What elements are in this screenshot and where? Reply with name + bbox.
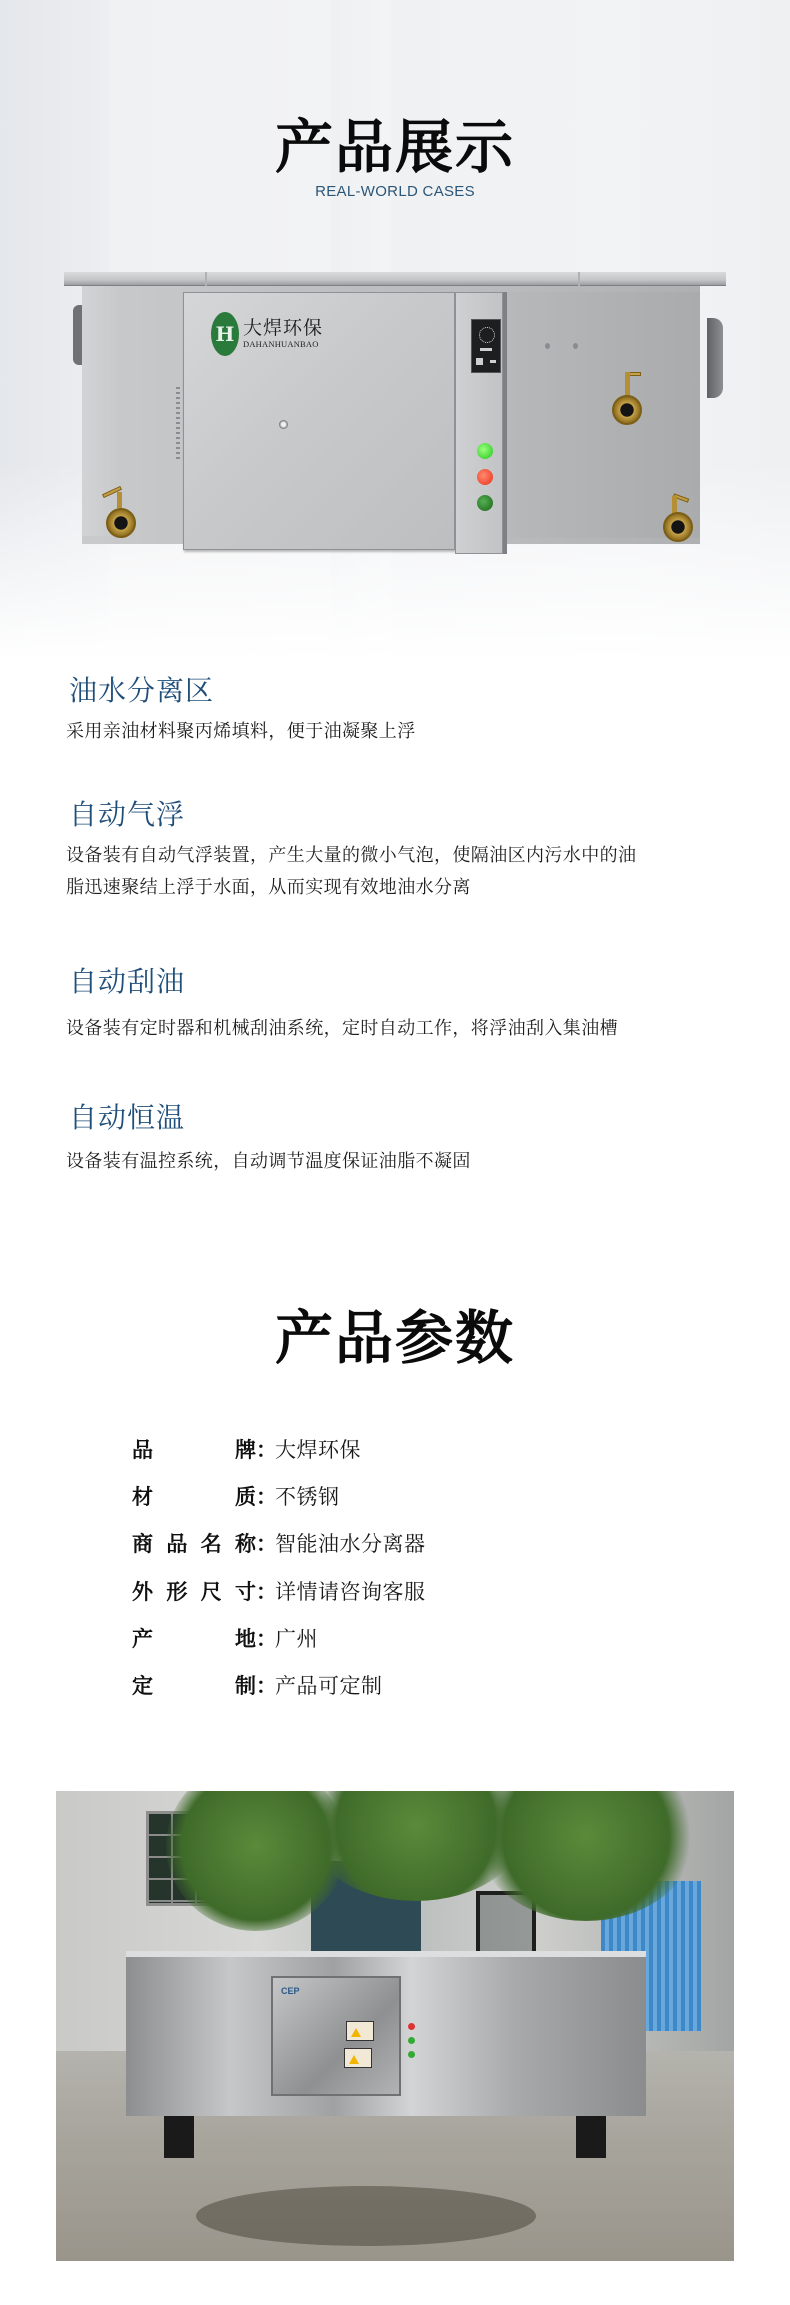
feature-title-auto-flotation: 自动气浮 bbox=[69, 793, 185, 833]
param-label-char: 名 bbox=[201, 1528, 222, 1558]
feature-title-oil-water-zone: 油水分离区 bbox=[69, 669, 214, 709]
param-row-material: 材 质 ： 不锈钢 bbox=[132, 1481, 340, 1511]
brand-logo: H 大焊环保 DAHANHUANBAO bbox=[211, 312, 323, 356]
valve-stem bbox=[117, 492, 122, 508]
param-label-char: 品 bbox=[166, 1528, 187, 1558]
feature-title-constant-temp: 自动恒温 bbox=[69, 1096, 185, 1136]
photo-button-green-icon bbox=[408, 2037, 415, 2044]
param-row-dimensions: 外 形 尺 寸 ： 详情请咨询客服 bbox=[132, 1576, 426, 1606]
param-label: 商 品 名 称 bbox=[132, 1528, 256, 1558]
panel-edge bbox=[503, 292, 507, 554]
tank-lid bbox=[64, 272, 726, 286]
warning-label-icon bbox=[346, 2021, 374, 2041]
valve-right-upper-icon bbox=[612, 395, 642, 425]
param-label-char: 质 bbox=[235, 1481, 256, 1511]
param-colon: ： bbox=[256, 1623, 272, 1653]
param-label: 材 质 bbox=[132, 1481, 256, 1511]
param-row-origin: 产 地 ： 广州 bbox=[132, 1623, 318, 1653]
door-lock-icon bbox=[279, 420, 288, 429]
indicator-light-green-icon bbox=[477, 443, 493, 459]
feature-desc-constant-temp: 设备装有温控系统，自动调节温度保证油脂不凝固 bbox=[66, 1146, 471, 1178]
param-value-origin: 广州 bbox=[275, 1623, 318, 1653]
outlet-pipe-right bbox=[707, 318, 723, 398]
vent-grille bbox=[176, 387, 180, 459]
param-label-char: 形 bbox=[166, 1576, 187, 1606]
param-label: 品 牌 bbox=[132, 1434, 256, 1464]
param-colon: ： bbox=[256, 1576, 272, 1606]
param-label: 产 地 bbox=[132, 1623, 256, 1653]
param-label-char: 寸 bbox=[235, 1576, 256, 1606]
timer-dial-icon bbox=[471, 319, 501, 373]
logo-text-cn: 大焊环保 bbox=[243, 319, 323, 338]
warning-label-icon bbox=[344, 2048, 372, 2068]
control-box: CEP bbox=[271, 1976, 401, 2096]
param-colon: ： bbox=[256, 1434, 272, 1464]
real-product-photo: CEP bbox=[56, 1791, 734, 2261]
param-label-char: 地 bbox=[235, 1623, 256, 1653]
lid-seam bbox=[205, 272, 207, 286]
drain-valve-left-icon bbox=[106, 508, 136, 538]
param-row-customization: 定 制 ： 产品可定制 bbox=[132, 1670, 383, 1700]
param-label-char: 材 bbox=[132, 1481, 153, 1511]
valve-right-lower-icon bbox=[663, 512, 693, 542]
water-stain bbox=[196, 2186, 536, 2246]
screw-icon bbox=[545, 343, 550, 349]
param-label: 外 形 尺 寸 bbox=[132, 1576, 256, 1606]
tank-leg bbox=[576, 2116, 606, 2158]
param-label-char: 定 bbox=[132, 1670, 153, 1700]
valve-stem bbox=[625, 372, 630, 396]
product-image: H 大焊环保 DAHANHUANBAO bbox=[0, 0, 790, 660]
param-value-brand: 大焊环保 bbox=[275, 1434, 361, 1464]
param-label: 定 制 bbox=[132, 1670, 256, 1700]
param-value-customization: 产品可定制 bbox=[275, 1670, 383, 1700]
feature-desc-oil-water-zone: 采用亲油材料聚丙烯填料，便于油凝聚上浮 bbox=[66, 716, 416, 748]
feature-title-auto-skimming: 自动刮油 bbox=[69, 960, 185, 1000]
feature-desc-auto-flotation-line2: 脂迅速聚结上浮于水面，从而实现有效地油水分离 bbox=[66, 872, 471, 904]
param-value-dimensions: 详情请咨询客服 bbox=[275, 1576, 426, 1606]
params-title: 产品参数 bbox=[0, 1291, 790, 1375]
indicator-light-darkgreen-icon bbox=[477, 495, 493, 511]
lid-seam bbox=[578, 272, 580, 286]
indicator-light-red-icon bbox=[477, 469, 493, 485]
logo-leaf-icon: H bbox=[211, 312, 239, 356]
photo-button-red-icon bbox=[408, 2023, 415, 2030]
cep-badge: CEP bbox=[281, 1986, 300, 1996]
param-label-char: 品 bbox=[132, 1434, 153, 1464]
param-label-char: 制 bbox=[235, 1670, 256, 1700]
feature-desc-auto-flotation-line1: 设备装有自动气浮装置，产生大量的微小气泡，使隔油区内污水中的油 bbox=[66, 840, 636, 872]
param-value-material: 不锈钢 bbox=[275, 1481, 340, 1511]
param-label-char: 尺 bbox=[201, 1576, 222, 1606]
screw-icon bbox=[573, 343, 578, 349]
param-label-char: 外 bbox=[132, 1576, 153, 1606]
param-label-char: 牌 bbox=[235, 1434, 256, 1464]
photo-button-green-icon bbox=[408, 2051, 415, 2058]
feature-desc-auto-skimming: 设备装有定时器和机械刮油系统，定时自动工作，将浮油刮入集油槽 bbox=[66, 1013, 618, 1045]
param-row-brand: 品 牌 ： 大焊环保 bbox=[132, 1434, 361, 1464]
param-colon: ： bbox=[256, 1528, 272, 1558]
tank-leg bbox=[164, 2116, 194, 2158]
param-colon: ： bbox=[256, 1481, 272, 1511]
logo-text-en: DAHANHUANBAO bbox=[243, 340, 323, 349]
param-row-product-name: 商 品 名 称 ： 智能油水分离器 bbox=[132, 1528, 426, 1558]
param-colon: ： bbox=[256, 1670, 272, 1700]
param-label-char: 称 bbox=[235, 1528, 256, 1558]
param-value-product-name: 智能油水分离器 bbox=[275, 1528, 426, 1558]
param-label-char: 产 bbox=[132, 1623, 153, 1653]
param-label-char: 商 bbox=[132, 1528, 153, 1558]
